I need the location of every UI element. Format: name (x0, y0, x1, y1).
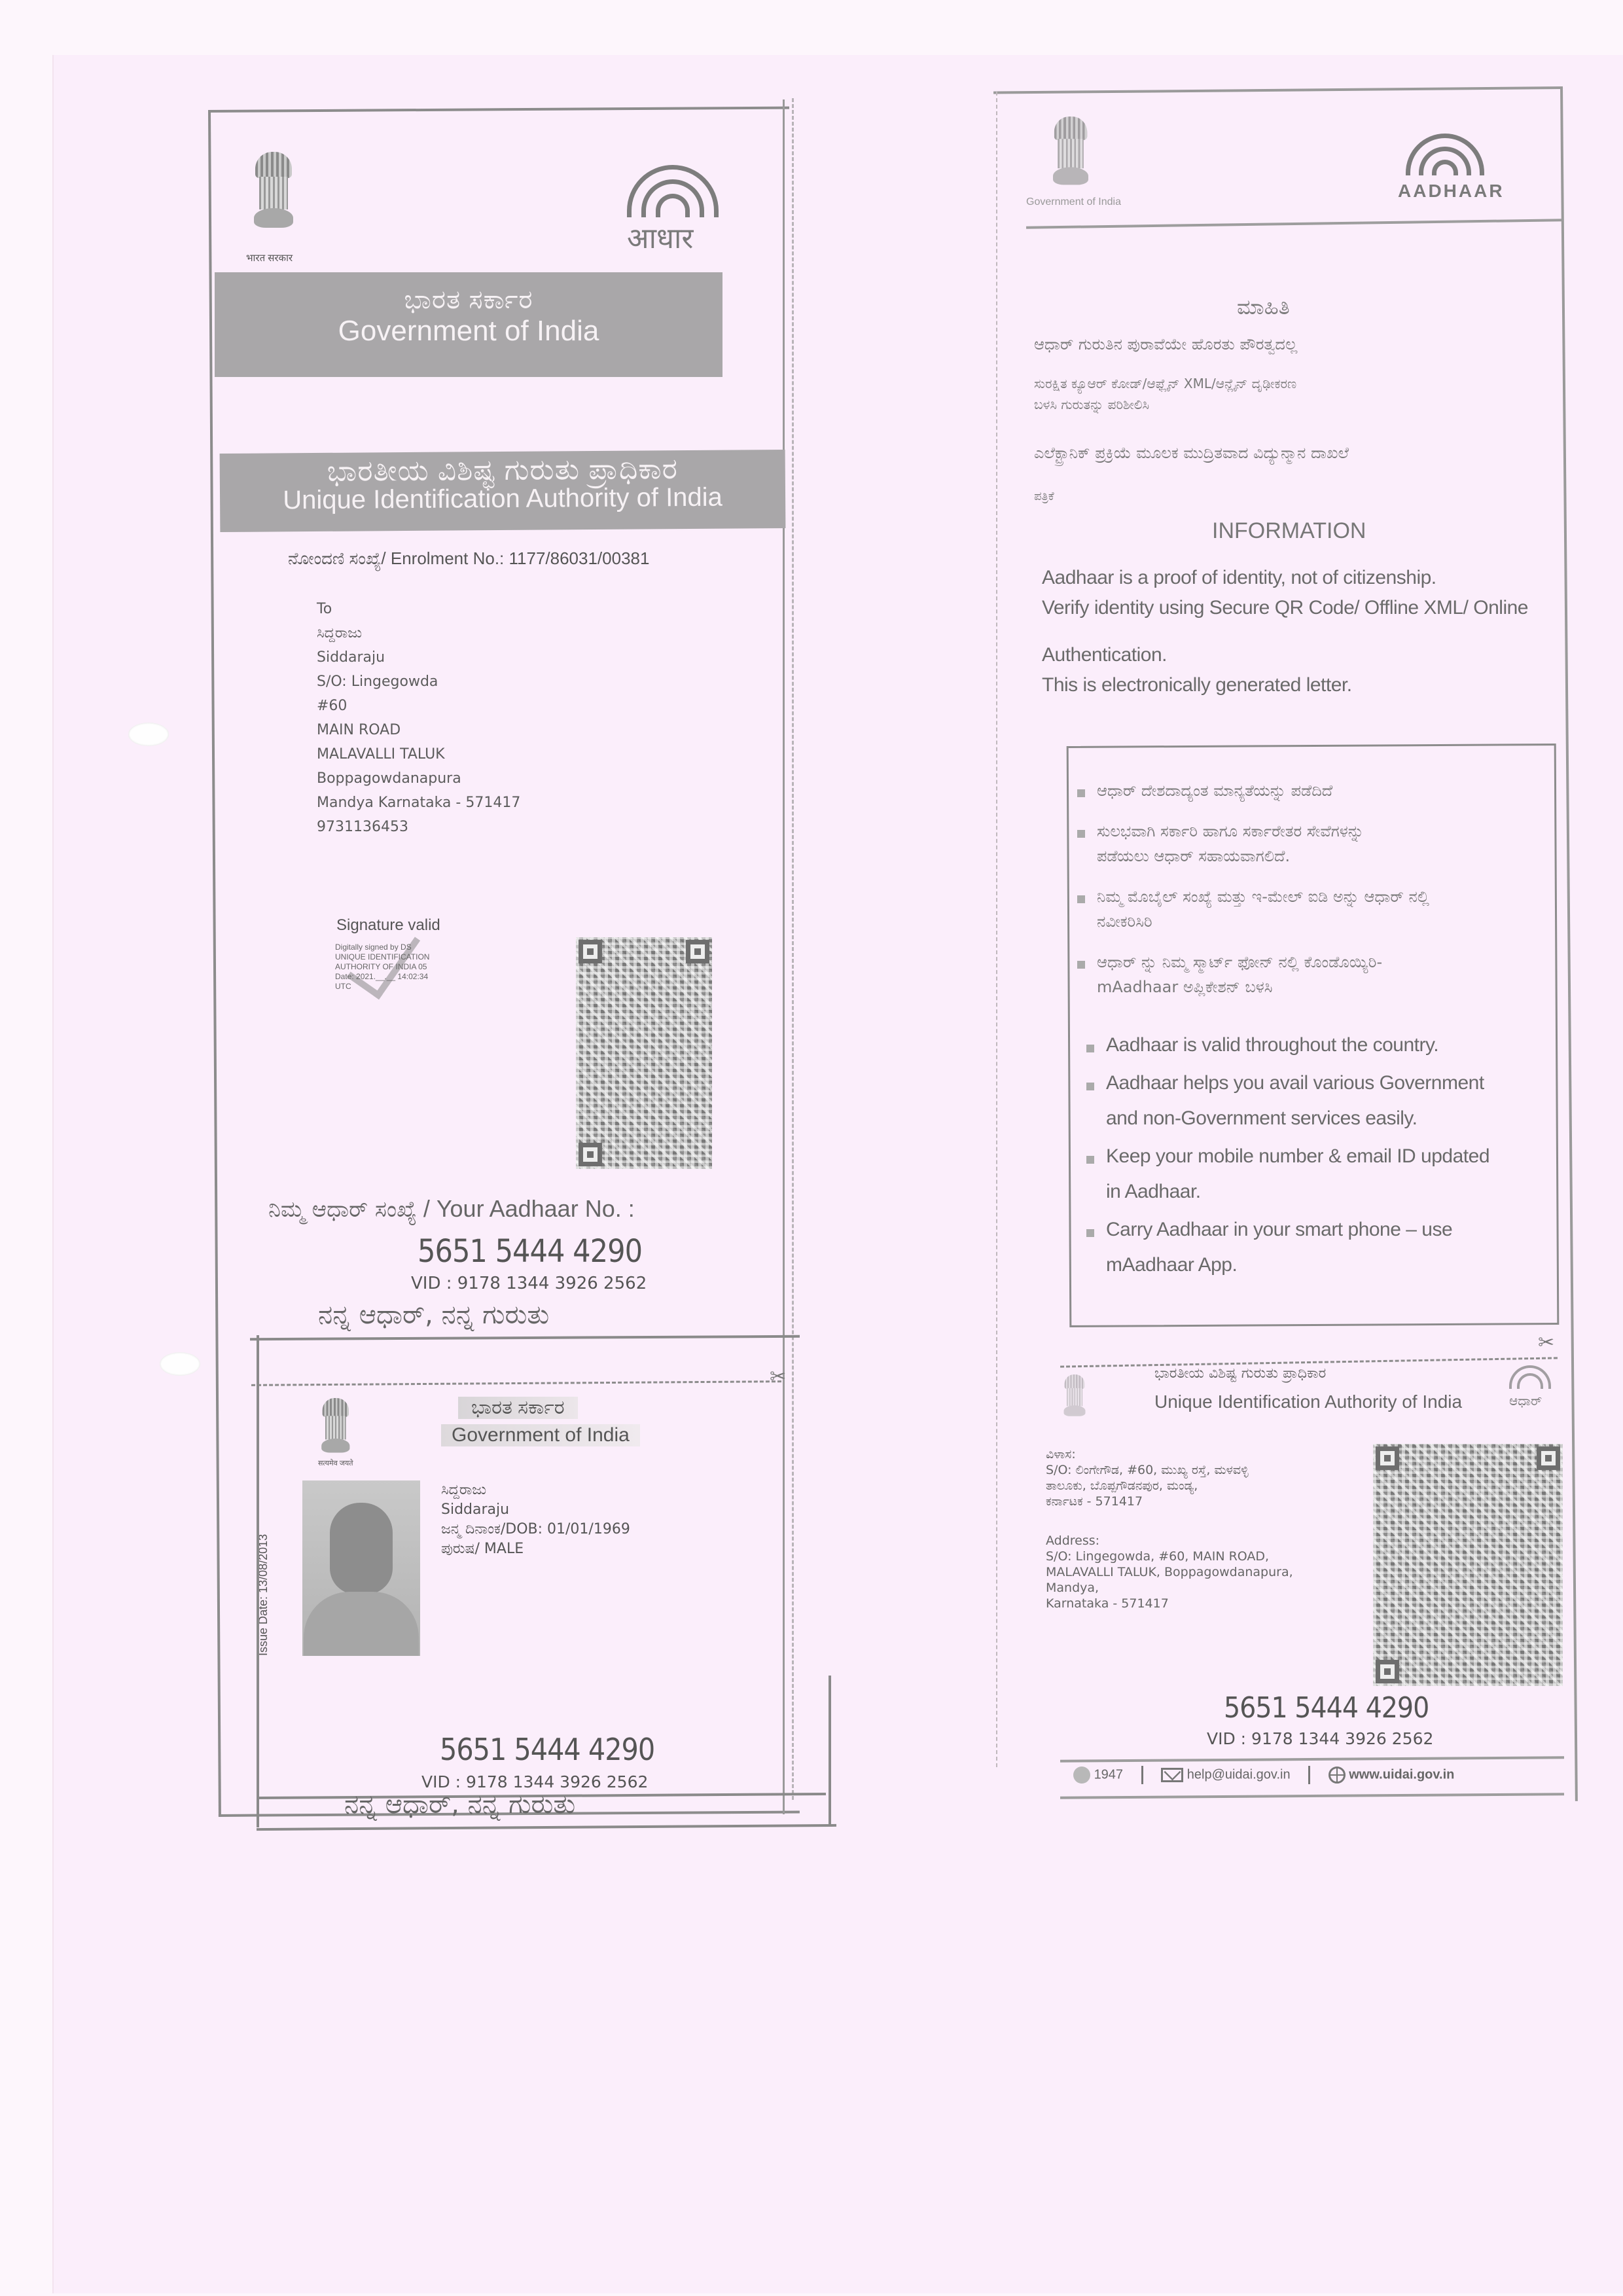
gov-band-kannada: ಭಾರತ ಸರ್ಕಾರ (215, 285, 722, 315)
info-kn-line: ಆಧಾರ್ ಗುರುತಿನ ಪುರಾವೆಯೇ ಹೊರತು ಪೌರತ್ವದಲ್ಲ (1034, 335, 1297, 353)
footer-separator (1308, 1766, 1310, 1784)
info-kn-line: ಸುರಕ್ಷಿತ ಕ್ಯೂಆರ್ ಕೋಡ್/ಆಫ್ಲೈನ್ XML/ಆನ್ಲೈನ… (1034, 376, 1296, 391)
card-tagline-kannada: ನನ್ನ ಆಧಾರ್, ನನ್ನ ಗುರುತು (344, 1789, 575, 1820)
bullet-text: mAadhaar App. (1106, 1254, 1237, 1276)
address-name-kn: ಸಿದ್ದರಾಜು (317, 621, 520, 645)
info-kn-line: ಪತ್ರಿಕೆ (1034, 490, 1054, 503)
emblem-caption: Government of India (1026, 196, 1121, 208)
recipient-address: To ಸಿದ್ದರಾಜು Siddaraju S/O: Lingegowda #… (317, 597, 520, 839)
card-footer: 1947 help@uidai.gov.in www.uidai.gov.in (1073, 1766, 1454, 1784)
bullet-text: and non-Government services easily. (1106, 1107, 1418, 1130)
aadhaar-fingerprint-logo-icon (1509, 1365, 1551, 1389)
card-gov-kannada: ಭಾರತ ಸರ್ಕಾರ (458, 1397, 578, 1419)
punch-hole-bottom (160, 1352, 200, 1376)
gov-band-english: Government of India (215, 315, 722, 348)
phone-icon (1073, 1767, 1090, 1784)
address-line: MAIN ROAD (317, 718, 520, 742)
footer-email[interactable]: help@uidai.gov.in (1187, 1767, 1291, 1782)
bullet-text: ಆಧಾರ್ ನ್ನು ನಿಮ್ಮ ಸ್ಮಾರ್ಟ್ ಫೋನ್ ನಲ್ಲಿ ಕೊಂ… (1097, 953, 1382, 971)
card-address-kn: ವಿಳಾಸ: S/O: ಲಿಂಗೇಗೌಡ, #60, ಮುಖ್ಯ ರಸ್ತೆ, … (1046, 1446, 1249, 1509)
bullet-text: ಪಡೆಯಲು ಆಧಾರ್ ಸಹಾಯವಾಗಲಿದೆ. (1097, 847, 1290, 865)
punch-hole-top (128, 723, 169, 746)
bullet-icon (1077, 789, 1085, 797)
footer-separator (1141, 1766, 1143, 1784)
uidai-band: ಭಾರತೀಯ ವಿಶಿಷ್ಟ ಗುರುತು ಪ್ರಾಧಿಕಾರ Unique I… (220, 450, 786, 532)
enrolment-value: 1177/86031/00381 (509, 548, 650, 568)
national-emblem-icon (317, 1398, 355, 1460)
scissors-icon: ✂ (770, 1365, 786, 1388)
holder-gender: ಪುರುಷ/ MALE (441, 1539, 630, 1559)
aadhaar-number: 5651 5444 4290 (418, 1233, 642, 1270)
bullet-icon (1077, 895, 1085, 903)
enrolment-label-kn: ನೋಂದಣಿ ಸಂಖ್ಯೆ/ (288, 548, 386, 568)
bullet-icon (1086, 1083, 1094, 1090)
left-letter-border (783, 99, 785, 1814)
vertical-perforation (792, 98, 794, 1800)
bullet-text: Aadhaar helps you avail various Governme… (1106, 1072, 1484, 1094)
card-right-border (829, 1676, 831, 1826)
info-title-kn: ಮಾಹಿತಿ (1237, 295, 1290, 320)
holder-photo (302, 1480, 420, 1656)
card-vid-number: VID : 9178 1344 3926 2562 (1207, 1729, 1433, 1748)
mail-icon (1161, 1768, 1183, 1782)
holder-name-en: Siddaraju (441, 1500, 630, 1520)
card-left-border (257, 1335, 259, 1827)
bullet-text: ಸುಲಭವಾಗಿ ಸರ್ಕಾರಿ ಹಾಗೂ ಸರ್ಕಾರೇತರ ಸೇವೆಗಳನ್… (1097, 822, 1364, 840)
aadhaar-fingerprint-logo-icon (1406, 134, 1484, 175)
bullet-text: Aadhaar is valid throughout the country. (1106, 1034, 1438, 1056)
bullet-icon (1086, 1045, 1094, 1052)
bullet-text: in Aadhaar. (1106, 1181, 1201, 1203)
card-uidai-english: Unique Identification Authority of India (1154, 1391, 1462, 1412)
info-en-line: Aadhaar is a proof of identity, not of c… (1042, 567, 1436, 589)
bullet-text: ನಿಮ್ಮ ಮೊಬೈಲ್ ಸಂಖ್ಯೆ ಮತ್ತು ಇ-ಮೇಲ್ ಐಡಿ ಅನ್… (1097, 888, 1429, 906)
bullet-icon (1077, 830, 1085, 838)
aadhaar-logo-text: आधार (627, 217, 693, 257)
card-uidai-kannada: ಭಾರತೀಯ ವಿಶಿಷ್ಟ ಗುರುತು ಪ್ರಾಧಿಕಾರ (1154, 1365, 1326, 1382)
bullet-icon (1077, 961, 1085, 969)
national-emblem-icon (247, 152, 300, 237)
bullet-text: Carry Aadhaar in your smart phone – use (1106, 1219, 1452, 1241)
tagline-kannada: ನನ್ನ ಆಧಾರ್, ನನ್ನ ಗುರುತು (318, 1300, 549, 1330)
signature-details: Digitally signed by DS UNIQUE IDENTIFICA… (335, 942, 429, 992)
bullet-icon (1086, 1156, 1094, 1164)
info-en-line: Verify identity using Secure QR Code/ Of… (1042, 597, 1528, 619)
secure-qr-code (576, 937, 712, 1169)
national-emblem-icon (1047, 117, 1094, 193)
info-en-line: Authentication. (1042, 644, 1167, 666)
card-vid-number: VID : 9178 1344 3926 2562 (421, 1772, 648, 1791)
emblem-caption: भारत सरकार (246, 251, 293, 264)
address-line: S/O: Lingegowda (317, 670, 520, 694)
enrolment-number: ನೋಂದಣಿ ಸಂಖ್ಯೆ/ Enrolment No.: 1177/86031… (288, 548, 649, 569)
enrolment-label-en: Enrolment No.: (391, 548, 504, 568)
card-holder-details: ಸಿದ್ದರಾಜು Siddaraju ಜನ್ಮ ದಿನಾಂಕ/DOB: 01/… (441, 1480, 630, 1559)
card-address-en: Address: S/O: Lingegowda, #60, MAIN ROAD… (1046, 1533, 1293, 1611)
info-en-line: This is electronically generated letter. (1042, 674, 1352, 696)
globe-icon (1329, 1767, 1346, 1784)
info-kn-line: ಬಳಸಿ ಗುರುತನ್ನು ಪರಿಶೀಲಿಸಿ (1034, 397, 1149, 412)
holder-name-kn: ಸಿದ್ದರಾಜು (441, 1480, 630, 1500)
emblem-caption: सत्यमेव जयते (318, 1458, 353, 1468)
address-salutation: To (317, 597, 520, 621)
aadhaar-fingerprint-logo-icon (627, 165, 719, 217)
address-line: Mandya Karnataka - 571417 (317, 791, 520, 815)
card-aadhaar-number: 5651 5444 4290 (1224, 1691, 1429, 1725)
info-kn-line: ಎಲೆಕ್ಟ್ರಾನಿಕ್ ಪ್ರಕ್ರಿಯೆ ಮೂಲಕ ಮುದ್ರಿತವಾದ … (1034, 444, 1349, 462)
bullet-text: ಆಧಾರ್ ದೇಶದಾದ್ಯಂತ ಮಾನ್ಯತೆಯನ್ನು ಪಡೆದಿದೆ (1097, 781, 1332, 800)
card-secure-qr-code (1373, 1444, 1563, 1686)
vid-number: VID : 9178 1344 3926 2562 (411, 1274, 647, 1293)
bullet-text: mAadhaar ಅಪ್ಲಿಕೇಶನ್ ಬಳಸಿ (1097, 978, 1273, 996)
uidai-band-english: Unique Identification Authority of India (220, 482, 785, 516)
address-line: MALAVALLI TALUK (317, 742, 520, 766)
footer-phone: 1947 (1094, 1767, 1124, 1782)
card-aadhaar-logo-kn: ಆಧಾರ್ (1509, 1393, 1542, 1408)
address-phone: 9731136453 (317, 815, 520, 839)
scissors-icon: ✂ (1538, 1331, 1554, 1354)
footer-website[interactable]: www.uidai.gov.in (1349, 1767, 1454, 1782)
gov-of-india-band: ಭಾರತ ಸರ್ಕಾರ Government of India (215, 272, 722, 377)
address-line: Boppagowdanapura (317, 766, 520, 791)
address-line: #60 (317, 694, 520, 718)
aadhaar-logo-text: AADHAAR (1398, 181, 1505, 202)
right-letter-left-edge (996, 92, 997, 1767)
bullet-text: ನವೀಕರಿಸಿರಿ (1097, 912, 1152, 931)
info-title-en: INFORMATION (1212, 518, 1366, 544)
card-gov-english: Government of India (441, 1424, 640, 1446)
address-line: Siddaraju (317, 645, 520, 670)
holder-dob: ಜನ್ಮ ದಿನಾಂಕ/DOB: 01/01/1969 (441, 1520, 630, 1539)
bullet-text: Keep your mobile number & email ID updat… (1106, 1145, 1489, 1168)
aadhaar-number-label: ನಿಮ್ಮ ಆಧಾರ್ ಸಂಖ್ಯೆ / Your Aadhaar No. : (268, 1195, 635, 1223)
national-emblem-icon (1060, 1374, 1089, 1422)
bullet-icon (1086, 1229, 1094, 1237)
card-aadhaar-number: 5651 5444 4290 (440, 1732, 654, 1767)
